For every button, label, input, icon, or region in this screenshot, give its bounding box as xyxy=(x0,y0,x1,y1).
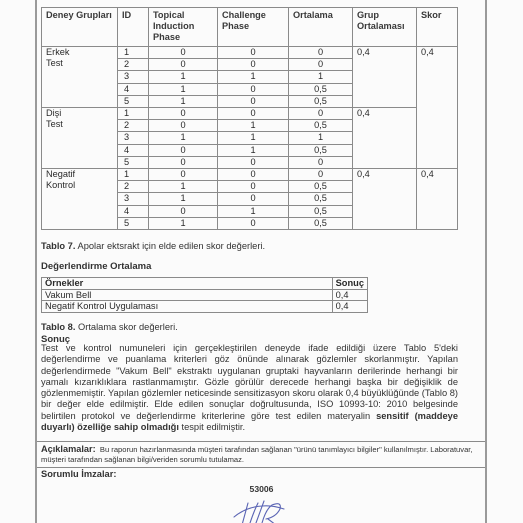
cell-id: 2 xyxy=(118,120,149,132)
table8-caption: Tablo 8. Ortalama skor değerleri. xyxy=(41,322,178,332)
cell-topical: 0 xyxy=(149,120,218,132)
col-id: ID xyxy=(118,8,149,47)
table7-caption: Tablo 7. Apolar ektsrakt için elde edile… xyxy=(41,241,265,251)
table-row: Vakum Bell 0,4 xyxy=(42,289,368,301)
evaluation-table: Örnekler Sonuç Vakum Bell 0,4 Negatif Ko… xyxy=(41,277,368,313)
group-name: Negatif Kontrol xyxy=(42,169,118,230)
cell-topical: 1 xyxy=(149,181,218,193)
divider xyxy=(37,441,485,442)
table-row: Negatif Kontrol10000,40,4 xyxy=(42,169,458,181)
cell-challenge: 0 xyxy=(218,169,289,181)
score-table-body: Erkek Test10000,40,4200031114100,55100,5… xyxy=(42,47,458,230)
cell-ortalama: 0,5 xyxy=(289,120,353,132)
cell-ortalama: 0,5 xyxy=(289,144,353,156)
cell-ortalama: 1 xyxy=(289,71,353,83)
group-name: Dişi Test xyxy=(42,108,118,169)
cell-challenge: 0 xyxy=(218,83,289,95)
col-topical: Topical Induction Phase xyxy=(149,8,218,47)
group-score: 0,4 xyxy=(417,169,458,230)
cell-challenge: 0 xyxy=(218,217,289,229)
cell-topical: 1 xyxy=(149,132,218,144)
cell-challenge: 0 xyxy=(218,181,289,193)
cell-challenge: 1 xyxy=(218,120,289,132)
col-challenge: Challenge Phase xyxy=(218,8,289,47)
cell-id: 4 xyxy=(118,83,149,95)
cell-topical: 0 xyxy=(149,205,218,217)
cell-challenge: 1 xyxy=(218,205,289,217)
col-ornekler: Örnekler xyxy=(42,278,333,290)
cell-topical: 1 xyxy=(149,95,218,107)
cell-topical: 0 xyxy=(149,144,218,156)
cell-ortalama: 0,5 xyxy=(289,83,353,95)
group-average: 0,4 xyxy=(353,169,417,230)
report-code: 53006 xyxy=(0,484,523,494)
conclusion-paragraph: Test ve kontrol numuneleri için gerçekle… xyxy=(41,343,458,433)
cell-id: 1 xyxy=(118,108,149,120)
table-row: Negatif Kontrol Uygulaması 0,4 xyxy=(42,301,368,313)
cell-ortalama: 0 xyxy=(289,169,353,181)
table-row: Dişi Test10000,4 xyxy=(42,108,458,120)
notes-text: Bu raporun hazırlanmasında müşteri taraf… xyxy=(41,445,473,464)
cell-topical: 1 xyxy=(149,71,218,83)
cell-ortalama: 0 xyxy=(289,108,353,120)
col-deney-gruplari: Deney Grupları xyxy=(42,8,118,47)
evaluation-table-header: Örnekler Sonuç xyxy=(42,278,368,290)
score-table: Deney Grupları ID Topical Induction Phas… xyxy=(41,7,458,230)
signatures-label: Sorumlu İmzalar: xyxy=(41,469,116,479)
cell-id: 5 xyxy=(118,95,149,107)
cell-topical: 1 xyxy=(149,83,218,95)
cell-topical: 0 xyxy=(149,47,218,59)
cell-challenge: 0 xyxy=(218,108,289,120)
cell-id: 1 xyxy=(118,169,149,181)
group-average: 0,4 xyxy=(353,47,417,108)
cell-challenge: 0 xyxy=(218,59,289,71)
cell-ortalama: 0 xyxy=(289,156,353,168)
cell-challenge: 1 xyxy=(218,144,289,156)
notes-label: Açıklamalar: xyxy=(41,444,96,454)
cell-ortalama: 0,5 xyxy=(289,181,353,193)
cell-ortalama: 0 xyxy=(289,59,353,71)
cell-ortalama: 1 xyxy=(289,132,353,144)
cell-id: 3 xyxy=(118,193,149,205)
cell-challenge: 0 xyxy=(218,95,289,107)
cell-challenge: 0 xyxy=(218,156,289,168)
cell-id: 2 xyxy=(118,181,149,193)
cell-id: 1 xyxy=(118,47,149,59)
cell-challenge: 1 xyxy=(218,71,289,83)
group-average: 0,4 xyxy=(353,108,417,169)
evaluation-heading: Değerlendirme Ortalama xyxy=(41,261,151,272)
cell-id: 3 xyxy=(118,132,149,144)
table-row: Erkek Test10000,40,4 xyxy=(42,47,458,59)
cell-id: 4 xyxy=(118,144,149,156)
cell-challenge: 0 xyxy=(218,193,289,205)
cell-topical: 1 xyxy=(149,193,218,205)
cell-id: 4 xyxy=(118,205,149,217)
cell-topical: 0 xyxy=(149,169,218,181)
col-skor: Skor xyxy=(417,8,458,47)
cell-topical: 0 xyxy=(149,156,218,168)
cell-id: 5 xyxy=(118,156,149,168)
cell-ortalama: 0,5 xyxy=(289,95,353,107)
group-name: Erkek Test xyxy=(42,47,118,108)
col-sonuc: Sonuç xyxy=(332,278,367,290)
cell-topical: 0 xyxy=(149,59,218,71)
signature-icon xyxy=(232,497,290,523)
cell-challenge: 1 xyxy=(218,132,289,144)
cell-id: 3 xyxy=(118,71,149,83)
notes: Açıklamalar: Bu raporun hazırlanmasında … xyxy=(41,444,481,465)
score-table-header: Deney Grupları ID Topical Induction Phas… xyxy=(42,8,458,47)
cell-challenge: 0 xyxy=(218,47,289,59)
cell-ortalama: 0,5 xyxy=(289,217,353,229)
col-grup-ortalamasi: Grup Ortalaması xyxy=(353,8,417,47)
cell-id: 2 xyxy=(118,59,149,71)
cell-ortalama: 0,5 xyxy=(289,193,353,205)
col-ortalama: Ortalama xyxy=(289,8,353,47)
divider xyxy=(37,467,485,468)
cell-topical: 1 xyxy=(149,217,218,229)
cell-topical: 0 xyxy=(149,108,218,120)
group-score: 0,4 xyxy=(417,47,458,169)
cell-ortalama: 0 xyxy=(289,47,353,59)
cell-ortalama: 0,5 xyxy=(289,205,353,217)
cell-id: 5 xyxy=(118,217,149,229)
